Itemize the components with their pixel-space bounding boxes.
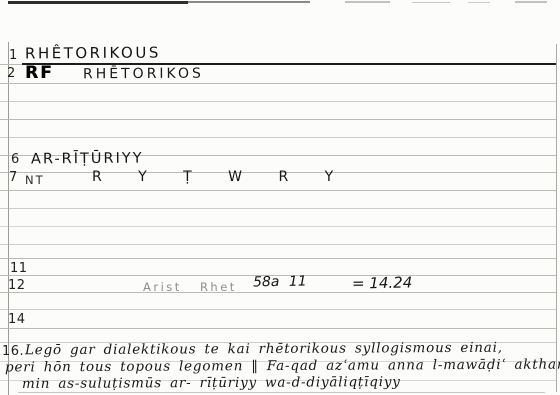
- top-edge-line: [8, 1, 188, 4]
- margin-number-7: 7: [9, 170, 18, 185]
- margin-number-14: 14: [8, 312, 26, 327]
- citation-locus: 58a 11: [253, 274, 307, 291]
- prefix-nt: NT: [25, 173, 45, 187]
- ruled-line: [0, 137, 557, 138]
- top-edge-line: [515, 1, 547, 3]
- ruled-line: [0, 190, 557, 191]
- index-card: 1 RHÊTORIKOUS 2 RF RHĒTORIKOS 6 AR-RĪṬŪR…: [0, 0, 560, 395]
- headword-rhetorikous: RHÊTORIKOUS: [25, 44, 161, 63]
- bottom-edge-line: [18, 392, 545, 393]
- ruled-line: [0, 244, 557, 245]
- margin-number-1: 1: [9, 48, 18, 63]
- quotation-line-2: peri hōn tous topous legomen ‖ Fa-qad az…: [5, 357, 560, 376]
- transliteration-ar-rituriyy: AR-RĪṬŪRIYY: [31, 151, 144, 168]
- top-edge-line: [412, 2, 450, 3]
- quotation-line-1: Legō gar dialektikous te kai rhētorikous…: [25, 340, 503, 359]
- margin-number-11: 11: [10, 261, 28, 276]
- ruled-line: [0, 119, 557, 120]
- margin-number-6: 6: [11, 152, 20, 167]
- ruled-line: [0, 226, 557, 227]
- margin-number-2: 2: [7, 66, 16, 81]
- ruled-line: [0, 208, 557, 209]
- ruled-line: [0, 101, 557, 102]
- top-edge-line: [345, 1, 390, 3]
- consonant-letters: R Y Ṭ W R Y: [92, 169, 334, 185]
- ruled-line: [0, 258, 557, 259]
- variant-rhetorikos: RHĒTORIKOS: [83, 66, 204, 83]
- ruled-line: [0, 328, 557, 329]
- sigla-rf: RF: [25, 63, 54, 83]
- ruled-line: [0, 309, 557, 310]
- top-edge-line: [188, 1, 310, 3]
- ruled-line: [0, 292, 557, 293]
- quotation-line-3: min as-suluṭismūs ar- rīṭūriyy wa-d-diyā…: [22, 374, 401, 392]
- ruled-line: [0, 83, 557, 84]
- citation-page-ref: = 14.24: [352, 273, 413, 292]
- ruled-line: [0, 64, 22, 65]
- margin-number-16: 16.: [2, 344, 24, 359]
- citation-source: Arist Rhet: [143, 280, 237, 294]
- margin-number-12: 12: [8, 278, 26, 293]
- right-margin-line: [556, 44, 557, 392]
- headword-underline: [22, 63, 556, 65]
- top-edge-line: [468, 2, 490, 3]
